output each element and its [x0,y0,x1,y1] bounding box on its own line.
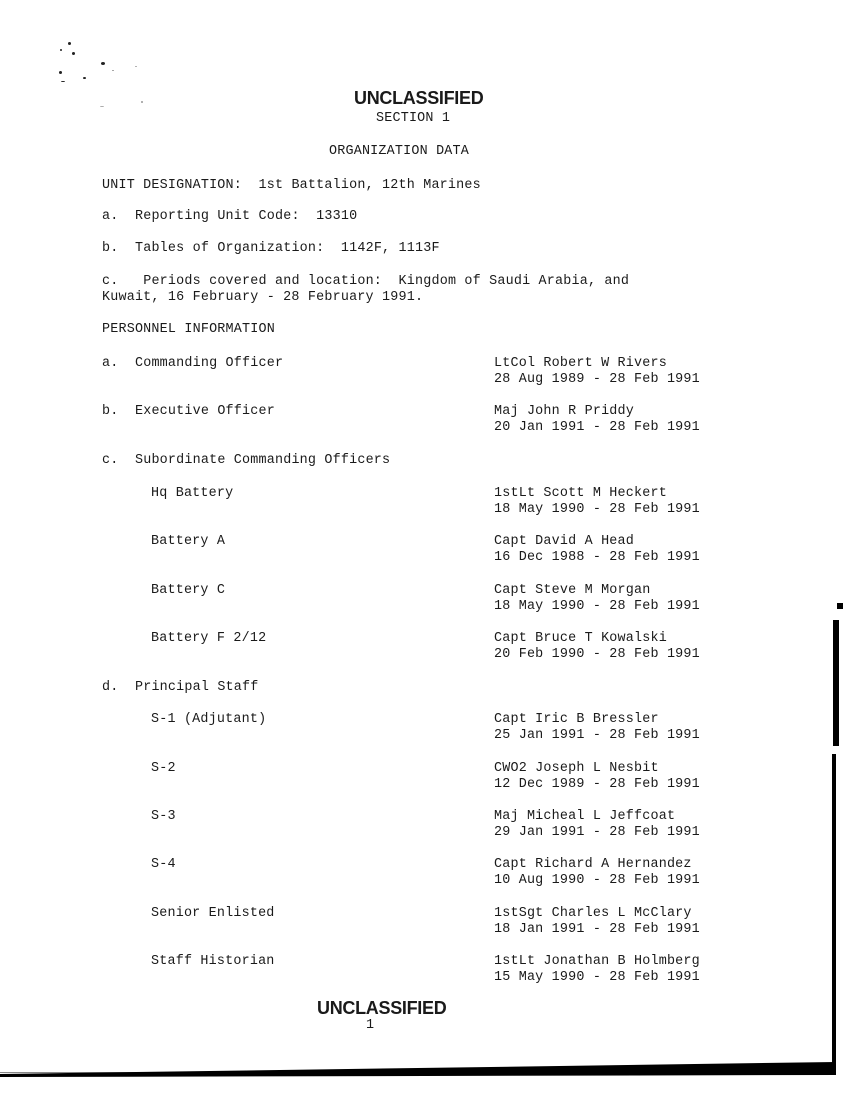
reporting-unit-code: a. Reporting Unit Code: 13310 [102,208,357,225]
scan-edge-bottom-wedge [0,1055,850,1094]
item-marker: b. [102,404,118,419]
page-title: ORGANIZATION DATA [329,143,469,160]
staff-name: 1stLt Jonathan B Holmberg [494,953,700,970]
subordinate-name: Capt Steve M Morgan [494,582,650,599]
item-value: 13310 [316,209,357,224]
item-marker: b. [102,241,118,256]
principal-staff-heading: d. Principal Staff [102,679,259,696]
unit-designation-value: 1st Battalion, 12th Marines [259,178,481,193]
scan-edge-right-lower [832,754,836,1064]
staff-dates: 25 Jan 1991 - 28 Feb 1991 [494,727,700,744]
staff-dates: 18 Jan 1991 - 28 Feb 1991 [494,921,700,938]
scan-edge-right-upper [833,620,839,746]
tables-of-organization: b. Tables of Organization: 1142F, 1113F [102,240,440,257]
item-marker: a. [102,209,118,224]
staff-label: Senior Enlisted [151,905,275,922]
item-marker: c. [102,453,118,468]
periods-covered-continuation: Kuwait, 16 February - 28 February 1991. [102,289,423,306]
item-marker: d. [102,680,118,695]
item-value: Kingdom of Saudi Arabia, and [399,274,630,289]
item-marker: a. [102,356,118,371]
staff-label: S-2 [151,760,176,777]
staff-dates: 29 Jan 1991 - 28 Feb 1991 [494,824,700,841]
staff-label: Staff Historian [151,953,275,970]
subordinate-dates: 16 Dec 1988 - 28 Feb 1991 [494,549,700,566]
item-label: Periods covered and location: [143,274,382,289]
staff-label: S-3 [151,808,176,825]
subordinate-label: Battery F 2/12 [151,630,266,647]
staff-name: Capt Iric B Bressler [494,711,659,728]
subordinate-label: Battery A [151,533,225,550]
executive-officer-dates: 20 Jan 1991 - 28 Feb 1991 [494,419,700,436]
executive-officer-name: Maj John R Priddy [494,403,634,420]
item-value: 1142F, 1113F [341,241,440,256]
commanding-officer-name: LtCol Robert W Rivers [494,355,667,372]
commanding-officer-label: a. Commanding Officer [102,355,283,372]
subordinate-name: Capt David A Head [494,533,634,550]
staff-dates: 10 Aug 1990 - 28 Feb 1991 [494,872,700,889]
subordinate-dates: 18 May 1990 - 28 Feb 1991 [494,501,700,518]
item-label: Commanding Officer [135,356,283,371]
staff-name: Maj Micheal L Jeffcoat [494,808,675,825]
periods-covered: c. Periods covered and location: Kingdom… [102,273,629,290]
commanding-officer-dates: 28 Aug 1989 - 28 Feb 1991 [494,371,700,388]
staff-name: Capt Richard A Hernandez [494,856,692,873]
item-label: Executive Officer [135,404,275,419]
subordinate-label: Battery C [151,582,225,599]
item-marker: c. [102,274,118,289]
item-label: Reporting Unit Code: [135,209,300,224]
staff-name: CWO2 Joseph L Nesbit [494,760,659,777]
staff-dates: 12 Dec 1989 - 28 Feb 1991 [494,776,700,793]
item-label: Subordinate Commanding Officers [135,453,390,468]
scan-edge-square [837,603,843,609]
staff-label: S-4 [151,856,176,873]
subordinate-name: 1stLt Scott M Heckert [494,485,667,502]
classification-header: UNCLASSIFIED [354,88,483,109]
unit-designation-label: UNIT DESIGNATION: [102,178,242,193]
personnel-heading: PERSONNEL INFORMATION [102,321,275,338]
subordinate-dates: 20 Feb 1990 - 28 Feb 1991 [494,646,700,663]
section-label: SECTION 1 [376,110,450,127]
staff-label: S-1 (Adjutant) [151,711,266,728]
subordinate-name: Capt Bruce T Kowalski [494,630,667,647]
item-label: Principal Staff [135,680,259,695]
subordinate-label: Hq Battery [151,485,233,502]
classification-footer: UNCLASSIFIED [317,998,446,1019]
item-label: Tables of Organization: [135,241,324,256]
subordinate-heading: c. Subordinate Commanding Officers [102,452,390,469]
page-number: 1 [366,1017,374,1034]
unit-designation: UNIT DESIGNATION: 1st Battalion, 12th Ma… [102,177,481,194]
staff-name: 1stSgt Charles L McClary [494,905,692,922]
executive-officer-label: b. Executive Officer [102,403,275,420]
staff-dates: 15 May 1990 - 28 Feb 1991 [494,969,700,986]
subordinate-dates: 18 May 1990 - 28 Feb 1991 [494,598,700,615]
